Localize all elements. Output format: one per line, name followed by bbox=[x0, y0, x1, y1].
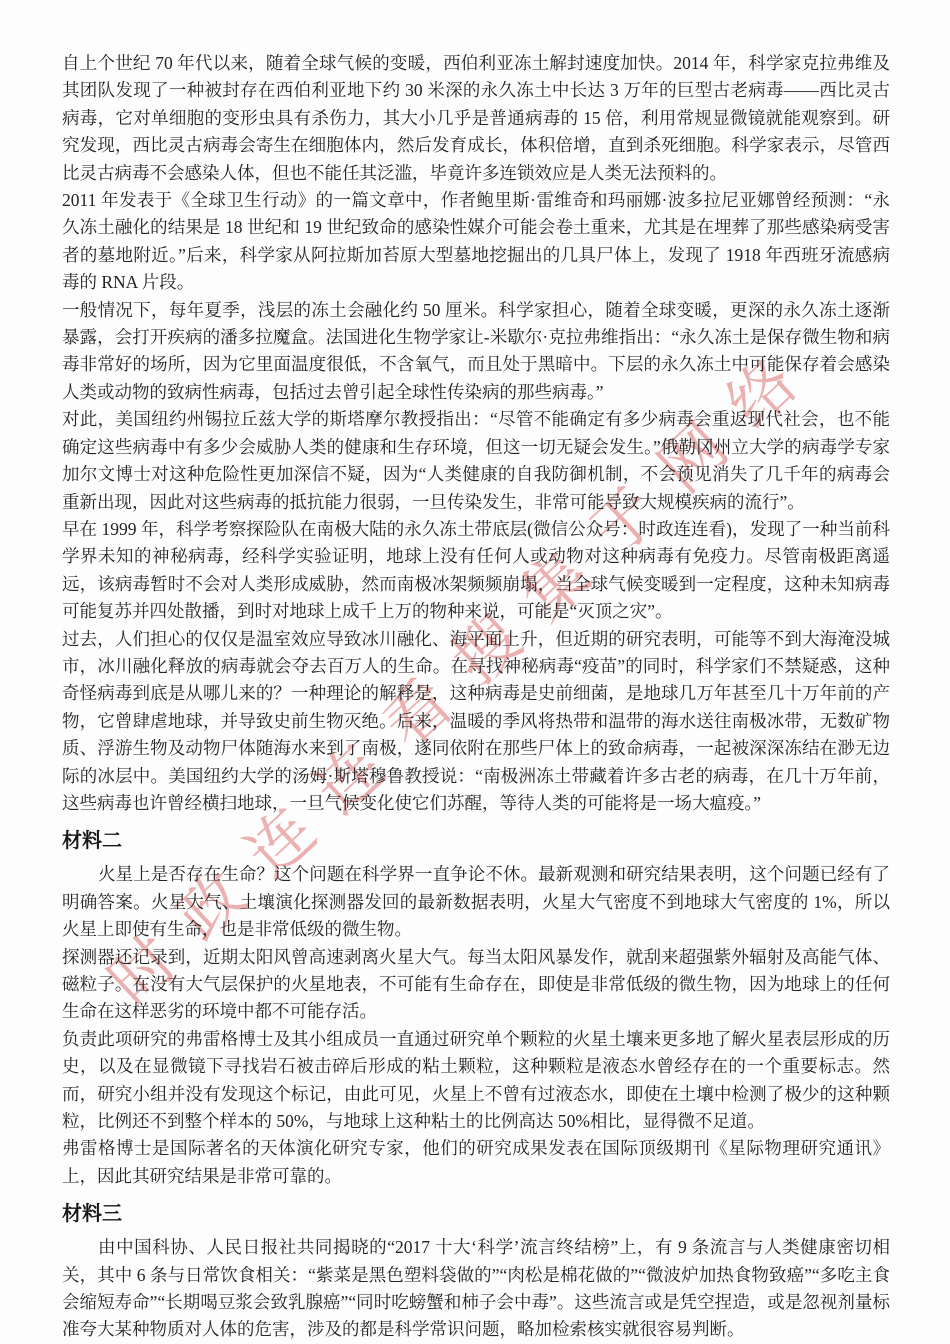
material-two-heading: 材料二 bbox=[62, 826, 890, 856]
material-one-paragraph-4: 对此，美国纽约州锡拉丘兹大学的斯塔摩尔教授指出：“尽管不能确定有多少病毒会重返现… bbox=[62, 406, 890, 516]
material-three-paragraph-1: 由中国科协、人民日报社共同揭晓的“2017 十大‘科学’流言终结榜”上，有 9 … bbox=[62, 1234, 890, 1344]
document-body: 自上个世纪 70 年代以来，随着全球气候的变暖，西伯利亚冻土解封速度加快。201… bbox=[62, 50, 890, 1344]
material-two-paragraph-3: 负责此项研究的弗雷格博士及其小组成员一直通过研究单个颗粒的火星土壤来更多地了解火… bbox=[62, 1026, 890, 1136]
material-two-paragraph-2: 探测器还记录到，近期太阳风曾高速剥离火星大气。每当太阳风暴发作，就刮来超强紫外辐… bbox=[62, 944, 890, 1026]
material-two-paragraph-1: 火星上是否存在生命？这个问题在科学界一直争论不休。最新观测和研究结果表明，这个问… bbox=[62, 861, 890, 943]
material-two-paragraph-4: 弗雷格博士是国际著名的天体演化研究专家，他们的研究成果发表在国际顶级期刊《星际物… bbox=[62, 1135, 890, 1190]
document-page: 时政连连看搜集于网络 自上个世纪 70 年代以来，随着全球气候的变暖，西伯利亚冻… bbox=[0, 0, 950, 1344]
material-one-paragraph-3: 一般情况下，每年夏季，浅层的冻土会融化约 50 厘米。科学家担心，随着全球变暖，… bbox=[62, 297, 890, 407]
material-one-paragraph-5: 早在 1999 年，科学考察探险队在南极大陆的永久冻土带底层(微信公众号：时政连… bbox=[62, 516, 890, 626]
material-one-paragraph-1: 自上个世纪 70 年代以来，随着全球气候的变暖，西伯利亚冻土解封速度加快。201… bbox=[62, 50, 890, 187]
material-three-heading: 材料三 bbox=[62, 1199, 890, 1229]
material-one-paragraph-2: 2011 年发表于《全球卫生行动》的一篇文章中，作者鲍里斯·雷维奇和玛丽娜·波多… bbox=[62, 187, 890, 297]
material-one-paragraph-6: 过去，人们担心的仅仅是温室效应导致冰川融化、海平面上升，但近期的研究表明，可能等… bbox=[62, 626, 890, 818]
